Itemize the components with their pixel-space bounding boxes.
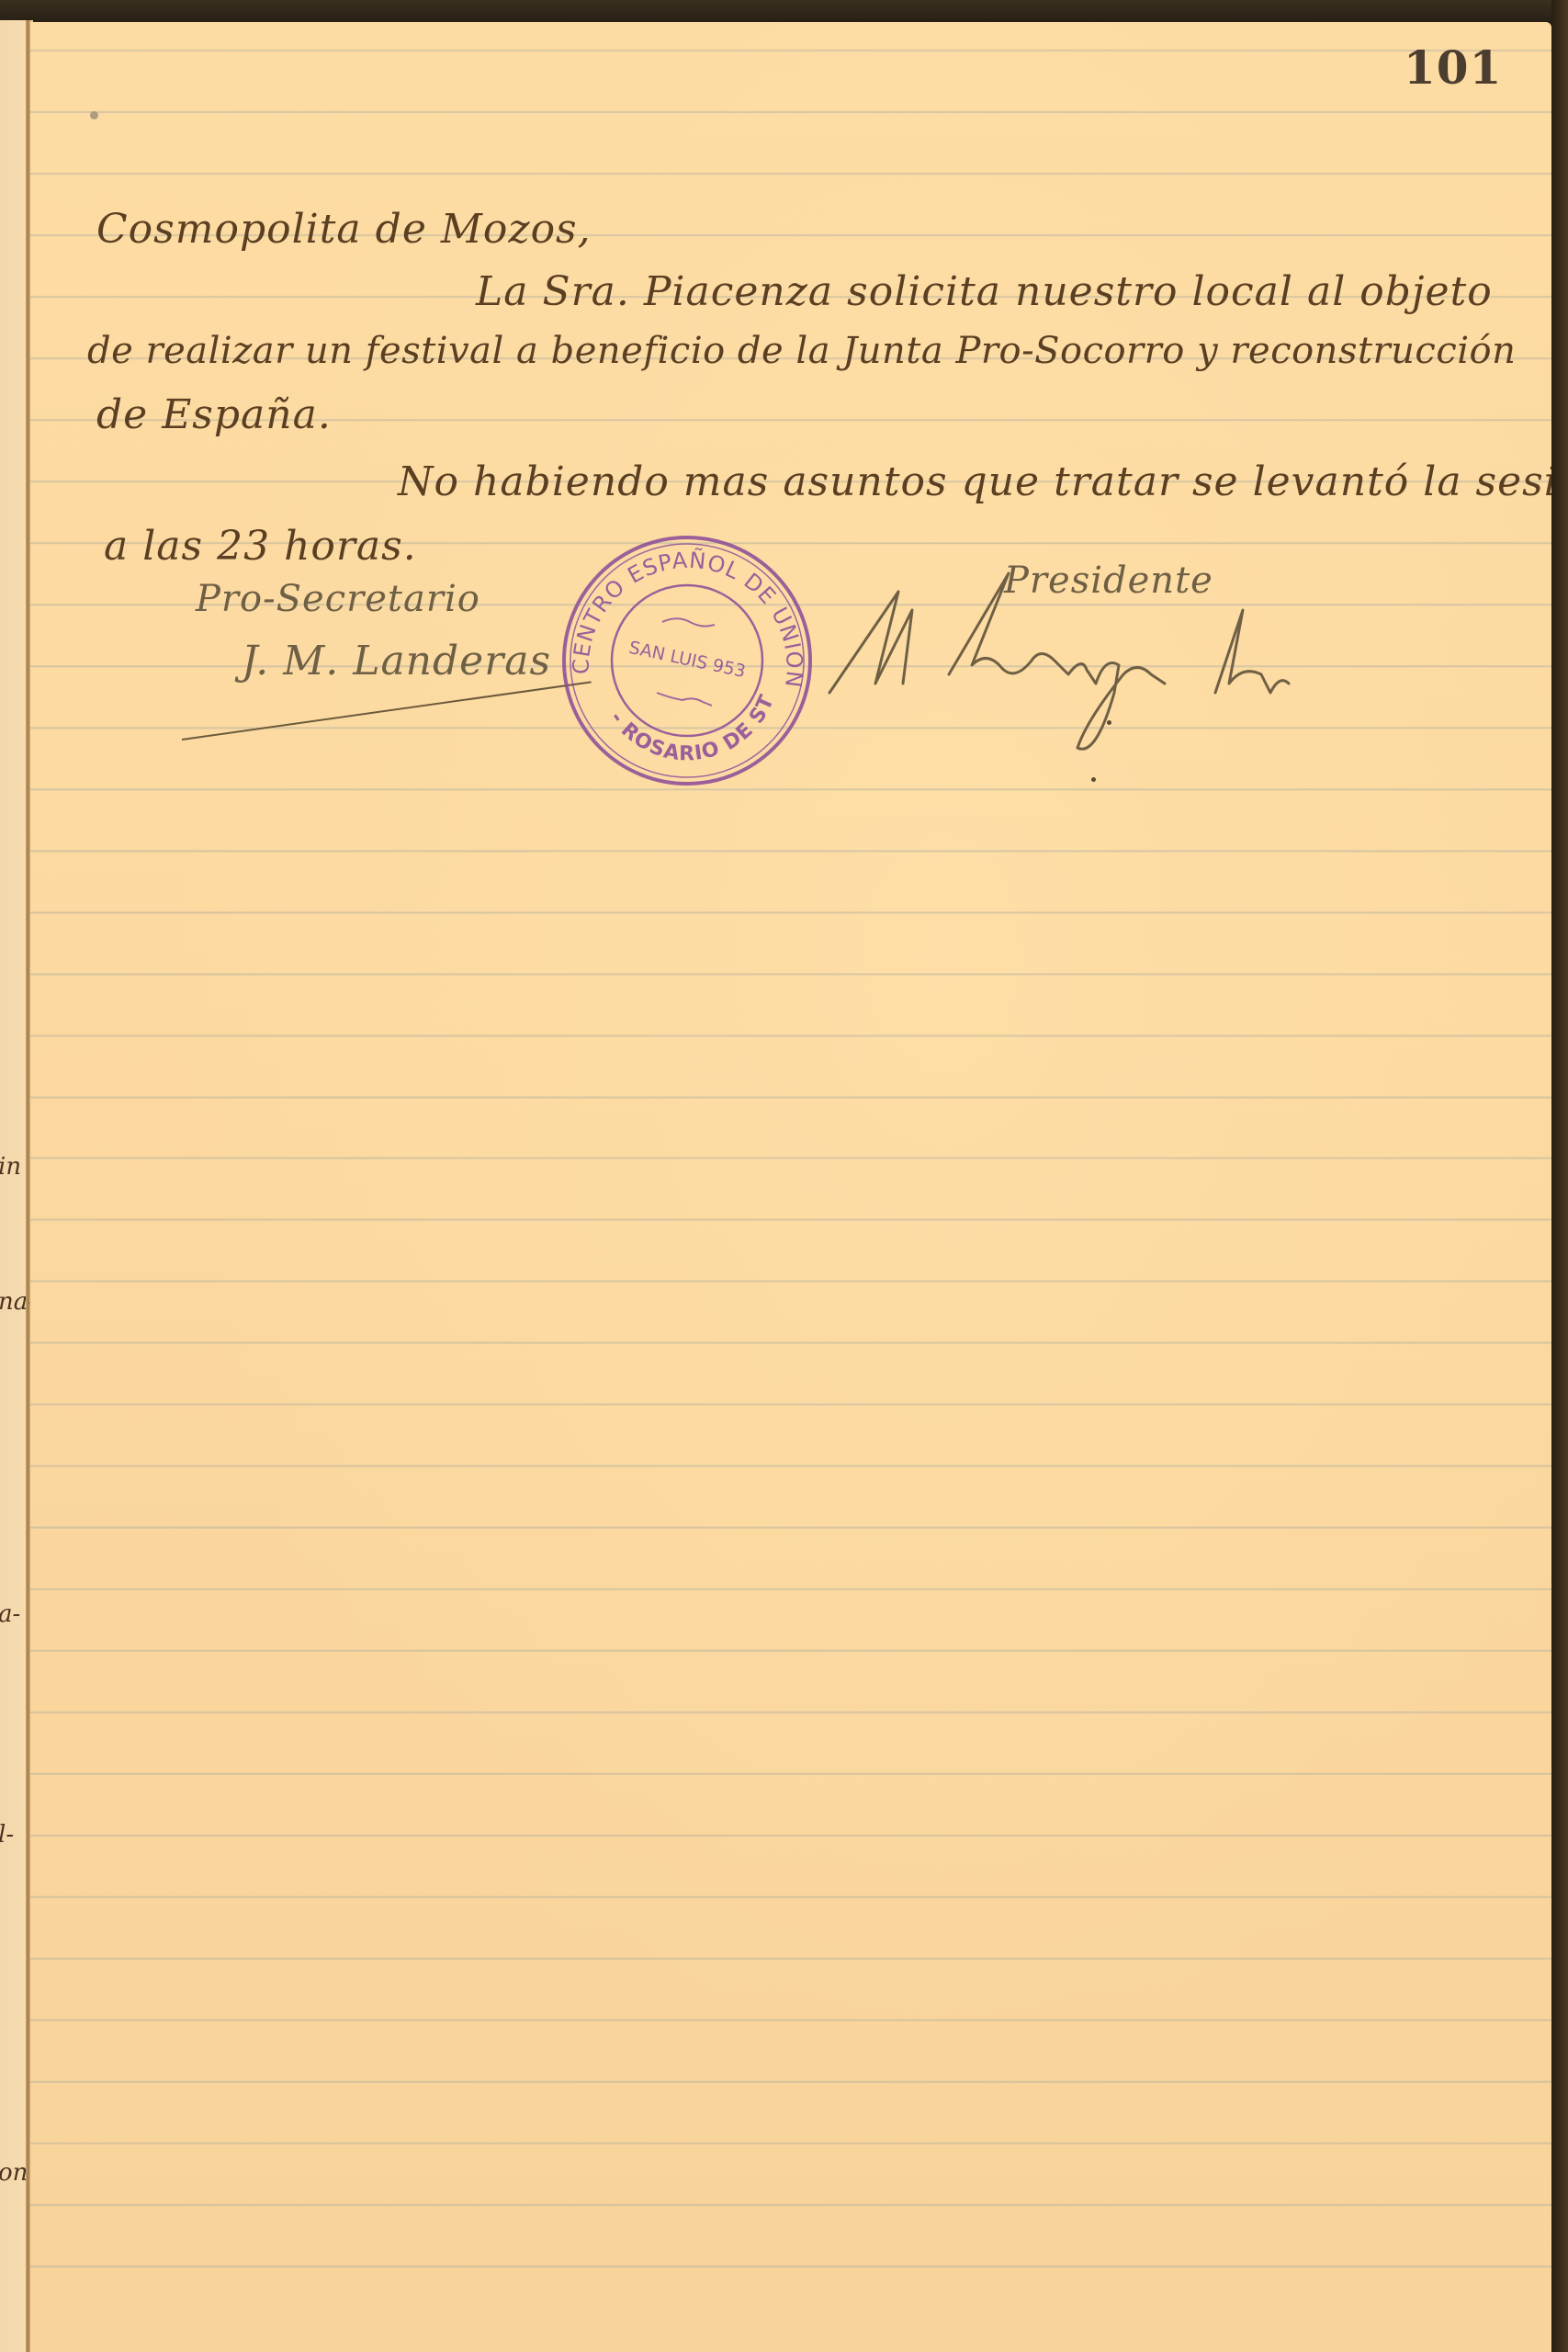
stamp-outer-text: CENTRO ESPAÑOL DE UNION REPUBLICANA	[554, 527, 807, 700]
page-number: 101	[1404, 40, 1502, 95]
president-signature	[811, 555, 1325, 766]
paper-spot	[90, 111, 98, 119]
facing-page-fragment: on	[0, 2159, 28, 2187]
organization-stamp: CENTRO ESPAÑOL DE UNION REPUBLICANA - RO…	[554, 527, 820, 794]
minutes-line-2: La Sra. Piacenza solicita nuestro local …	[476, 268, 1493, 315]
facing-page-fragment: l-	[0, 1821, 14, 1849]
minutes-line-3: de realizar un festival a beneficio de l…	[87, 330, 1516, 372]
secretary-signature: J. M. Landeras	[242, 638, 551, 684]
book-cover-right	[1551, 0, 1568, 2352]
minutes-line-5: No habiendo mas asuntos que tratar se le…	[398, 458, 1551, 505]
ledger-page: 101 Cosmopolita de Mozos, La Sra. Piacen…	[30, 22, 1551, 2352]
secretary-title: Pro-Secretario	[196, 578, 480, 620]
facing-page-fragment: in	[0, 1153, 21, 1181]
svg-text:CENTRO ESPAÑOL DE UNION REPUBL: CENTRO ESPAÑOL DE UNION REPUBLICANA	[554, 527, 807, 700]
minutes-line-4: de España.	[96, 391, 332, 438]
ink-dot	[1107, 720, 1111, 725]
stamp-center-text: SAN LUIS 953	[627, 638, 748, 682]
minutes-line-6: a las 23 horas.	[104, 523, 417, 570]
ink-dot	[1091, 777, 1096, 782]
minutes-line-1: Cosmopolita de Mozos,	[96, 206, 592, 253]
facing-page-fragment: a-	[0, 1600, 20, 1628]
